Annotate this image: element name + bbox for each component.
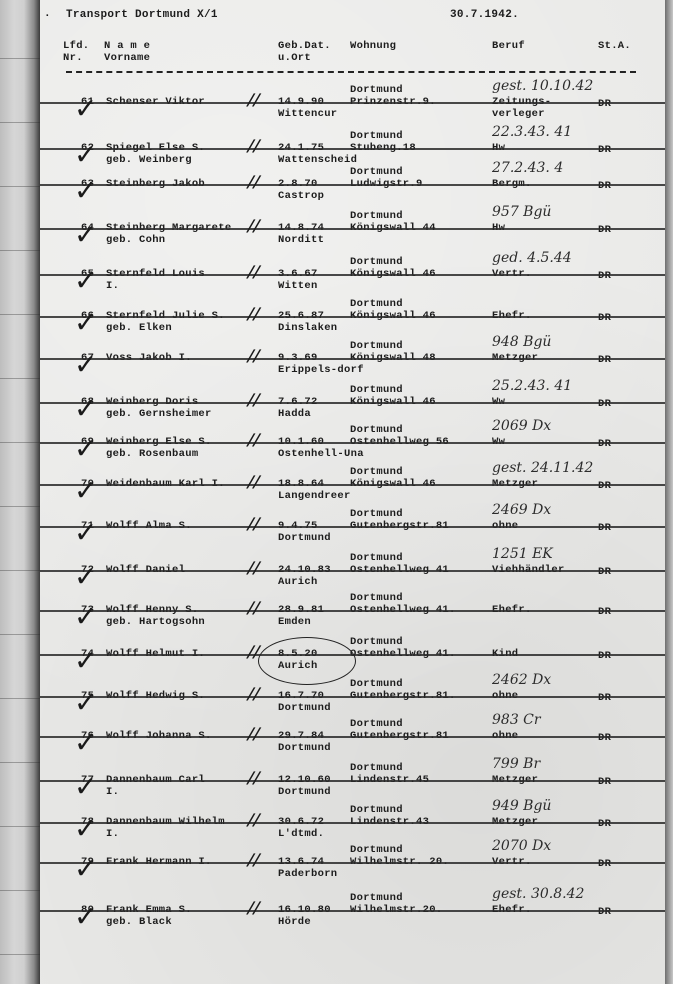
row-birth-place: Castrop	[278, 190, 324, 202]
checkmark-icon: ✓	[74, 726, 97, 759]
row-wohnung-city: Dortmund	[350, 424, 403, 436]
row-name-line2: geb. Black	[106, 916, 172, 928]
row-birth-place: Dortmund	[278, 702, 331, 714]
col-vorname: Vorname	[104, 52, 150, 64]
row-strike-line	[40, 148, 665, 150]
col-nr: Nr.	[63, 52, 83, 64]
row-strike-line	[40, 696, 665, 698]
col-st-a: St.A.	[598, 40, 631, 52]
row-strike-line	[40, 526, 665, 528]
row-occupation-line2: verleger	[492, 108, 545, 120]
col-lfd: Lfd.	[63, 40, 89, 52]
row-birth-place: Dortmund	[278, 786, 331, 798]
row-citizenship: DR	[598, 650, 611, 662]
row-name-line2: geb. Rosenbaum	[106, 448, 198, 460]
checkmark-icon: ✓	[74, 392, 97, 425]
handwritten-note: 2469 Dx	[492, 502, 551, 518]
row-citizenship: DR	[598, 606, 611, 618]
row-birth-place: Wittencur	[278, 108, 337, 120]
row-name-line2: I.	[106, 828, 119, 840]
checkmark-icon: ✓	[74, 474, 97, 507]
row-birth-place: Dortmund	[278, 742, 331, 754]
row-birth-place: Dinslaken	[278, 322, 337, 334]
col-beruf: Beruf	[492, 40, 525, 52]
checkmark-icon: ✓	[74, 218, 97, 251]
handwritten-note: 2070 Dx	[492, 838, 551, 854]
row-strike-line	[40, 736, 665, 738]
row-strike-line	[40, 484, 665, 486]
row-strike-line	[40, 316, 665, 318]
row-citizenship: DR	[598, 354, 611, 366]
row-strike-line	[40, 228, 665, 230]
checkmark-icon: ✓	[74, 600, 97, 633]
handwritten-note: 22.3.43. 41	[492, 124, 572, 140]
handwritten-note: 799 Br	[492, 756, 540, 772]
handwritten-circle	[258, 637, 356, 685]
row-strike-line	[40, 862, 665, 864]
handwritten-note: ged. 4.5.44	[492, 250, 572, 266]
row-birth-place: Hörde	[278, 916, 311, 928]
handwritten-note: 2462 Dx	[492, 672, 551, 688]
row-strike-line	[40, 102, 665, 104]
row-citizenship: DR	[598, 692, 611, 704]
col-wohnung: Wohnung	[350, 40, 396, 52]
row-wohnung-city: Dortmund	[350, 210, 403, 222]
row-birth-place: Emden	[278, 616, 311, 628]
row-birth-place: Paderborn	[278, 868, 337, 880]
row-strike-line	[40, 570, 665, 572]
handwritten-note: 27.2.43. 4	[492, 160, 563, 176]
col-geb-dat: Geb.Dat.	[278, 40, 331, 52]
row-wohnung-city: Dortmund	[350, 130, 403, 142]
checkmark-icon: ✓	[74, 348, 97, 381]
row-name-line2: geb. Elken	[106, 322, 172, 334]
row-citizenship: DR	[598, 398, 611, 410]
row-name-line2: geb. Gernsheimer	[106, 408, 212, 420]
row-wohnung-city: Dortmund	[350, 166, 403, 178]
row-strike-line	[40, 402, 665, 404]
row-wohnung-city: Dortmund	[350, 892, 403, 904]
row-wohnung-city: Dortmund	[350, 508, 403, 520]
row-citizenship: DR	[598, 438, 611, 450]
checkmark-icon: ✓	[74, 644, 97, 677]
row-citizenship: DR	[598, 818, 611, 830]
handwritten-note: 1251 EK	[492, 546, 553, 562]
row-birth-place: Wattenscheid	[278, 154, 357, 166]
row-wohnung-city: Dortmund	[350, 804, 403, 816]
row-citizenship: DR	[598, 480, 611, 492]
row-strike-line	[40, 910, 665, 912]
row-name-line2: I.	[106, 280, 119, 292]
handwritten-note: gest. 30.8.42	[492, 886, 584, 902]
row-name-line2: geb. Cohn	[106, 234, 165, 246]
handwritten-note: 948 Bgü	[492, 334, 551, 350]
row-strike-line	[40, 358, 665, 360]
row-strike-line	[40, 274, 665, 276]
row-birth-place: Ostenhell-Una	[278, 448, 364, 460]
row-name-line2: geb. Hartogsohn	[106, 616, 205, 628]
row-wohnung-city: Dortmund	[350, 298, 403, 310]
row-birth-place: Langendreer	[278, 490, 351, 502]
row-strike-line	[40, 822, 665, 824]
handwritten-note: 2069 Dx	[492, 418, 551, 434]
transport-date: 30.7.1942.	[450, 9, 519, 21]
row-wohnung-city: Dortmund	[350, 384, 403, 396]
row-wohnung-city: Dortmund	[350, 762, 403, 774]
row-strike-line	[40, 610, 665, 612]
binding-previous-page-lines	[0, 0, 40, 984]
row-birth-place: Erippels-dorf	[278, 364, 364, 376]
row-citizenship: DR	[598, 566, 611, 578]
handwritten-note: 957 Bgü	[492, 204, 551, 220]
checkmark-icon: ✓	[74, 900, 97, 933]
row-citizenship: DR	[598, 270, 611, 282]
checkmark-icon: ✓	[74, 264, 97, 297]
handwritten-note: 983 Cr	[492, 712, 541, 728]
bullet: .	[44, 8, 51, 20]
handwritten-note: gest. 24.11.42	[492, 460, 593, 476]
row-name-line2: geb. Weinberg	[106, 154, 192, 166]
row-wohnung-city: Dortmund	[350, 340, 403, 352]
row-wohnung-city: Dortmund	[350, 718, 403, 730]
row-wohnung-city: Dortmund	[350, 678, 403, 690]
row-wohnung-city: Dortmund	[350, 256, 403, 268]
checkmark-icon: ✓	[74, 770, 97, 803]
checkmark-icon: ✓	[74, 852, 97, 885]
transport-title: Transport Dortmund X/1	[66, 9, 218, 21]
checkmark-icon: ✓	[74, 516, 97, 549]
checkmark-icon: ✓	[74, 686, 97, 719]
checkmark-icon: ✓	[74, 138, 97, 171]
row-strike-line	[40, 780, 665, 782]
checkmark-icon: ✓	[74, 432, 97, 465]
row-birth-place: Norditt	[278, 234, 324, 246]
row-name-line2: I.	[106, 786, 119, 798]
row-birth-place: L'dtmd.	[278, 828, 324, 840]
row-birth-place: Witten	[278, 280, 318, 292]
row-wohnung-city: Dortmund	[350, 636, 403, 648]
row-citizenship: DR	[598, 224, 611, 236]
row-citizenship: DR	[598, 732, 611, 744]
page-edge	[665, 0, 673, 984]
row-wohnung-city: Dortmund	[350, 592, 403, 604]
header-rule	[66, 71, 636, 73]
row-citizenship: DR	[598, 906, 611, 918]
row-wohnung-city: Dortmund	[350, 466, 403, 478]
checkmark-icon: ✓	[74, 560, 97, 593]
row-citizenship: DR	[598, 522, 611, 534]
row-birth-place: Hadda	[278, 408, 311, 420]
col-name: N a m e	[104, 40, 150, 52]
row-birth-place: Dortmund	[278, 532, 331, 544]
row-citizenship: DR	[598, 180, 611, 192]
row-citizenship: DR	[598, 144, 611, 156]
row-wohnung-city: Dortmund	[350, 84, 403, 96]
col-u-ort: u.Ort	[278, 52, 311, 64]
checkmark-icon: ✓	[74, 174, 97, 207]
row-wohnung-city: Dortmund	[350, 552, 403, 564]
checkmark-icon: ✓	[74, 306, 97, 339]
row-birth-place: Aurich	[278, 576, 318, 588]
row-wohnung-city: Dortmund	[350, 844, 403, 856]
row-citizenship: DR	[598, 98, 611, 110]
handwritten-note: 25.2.43. 41	[492, 378, 572, 394]
row-citizenship: DR	[598, 776, 611, 788]
row-strike-line	[40, 442, 665, 444]
row-citizenship: DR	[598, 858, 611, 870]
checkmark-icon: ✓	[74, 92, 97, 125]
row-strike-line	[40, 184, 665, 186]
row-citizenship: DR	[598, 312, 611, 324]
handwritten-note: 949 Bgü	[492, 798, 551, 814]
handwritten-note: gest. 10.10.42	[492, 78, 593, 94]
checkmark-icon: ✓	[74, 812, 97, 845]
